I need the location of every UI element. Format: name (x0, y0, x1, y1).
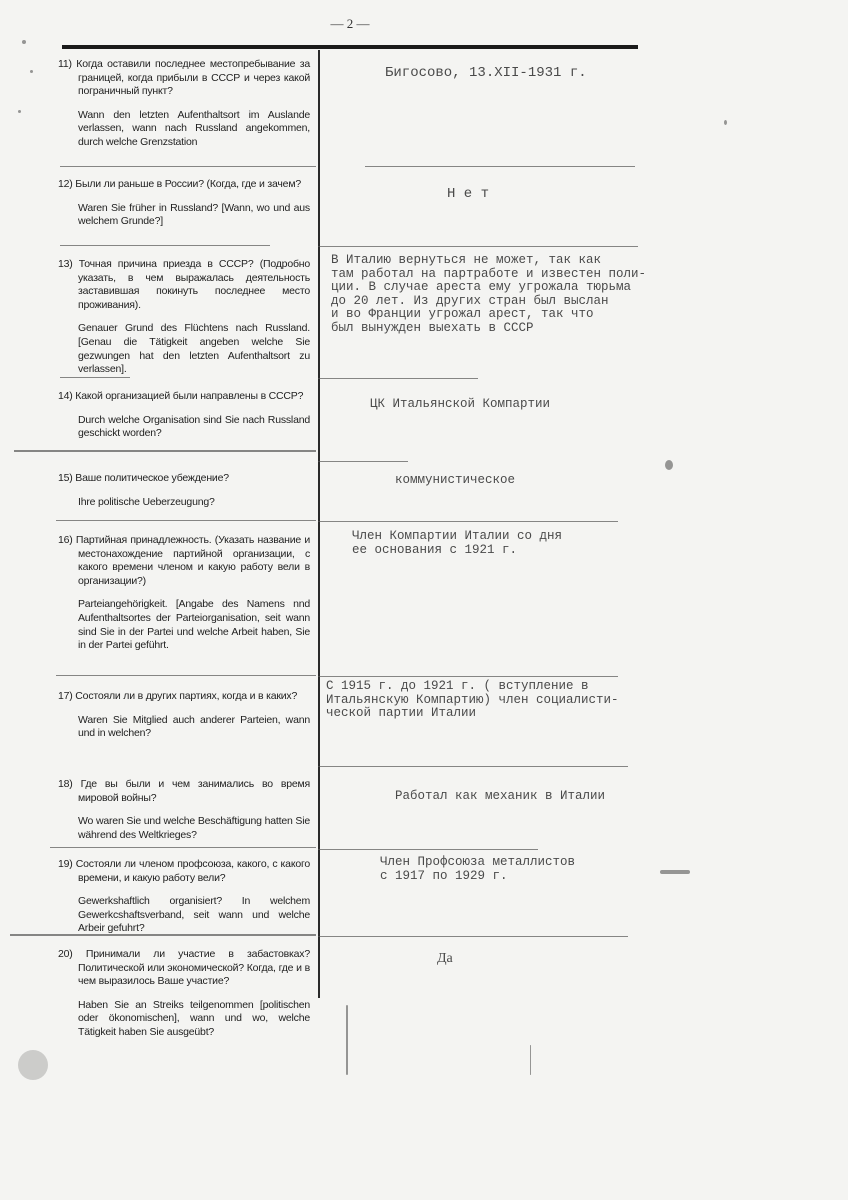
row-divider (50, 847, 316, 848)
row-divider (60, 245, 270, 246)
row-divider (365, 166, 635, 167)
question-number: 20) (58, 948, 73, 960)
scan-mark (530, 1045, 531, 1075)
question-number: 13) (58, 258, 73, 270)
question-number: 12) (58, 178, 73, 190)
question-ru: Где вы были и чем занимались во время ми… (78, 778, 310, 804)
question-de: Wo waren Sie und welche Beschäftigung ha… (58, 815, 310, 842)
scan-mark (22, 40, 26, 44)
question-18: 18) Где вы были и чем занимались во врем… (58, 778, 310, 842)
question-ru: Точная причина приезда в СССР? (Подробно… (78, 258, 310, 311)
answer-12: Н е т (447, 188, 489, 202)
question-number: 18) (58, 778, 73, 790)
answer-17: С 1915 г. до 1921 г. ( вступление в Итал… (326, 680, 619, 721)
question-14: 14) Какой организацией были направлены в… (58, 390, 310, 441)
answer-19: Член Профсоюза металлистов с 1917 по 192… (380, 856, 575, 883)
row-divider (60, 377, 130, 378)
column-divider (318, 50, 320, 998)
answer-16: Член Компартии Италии со дня ее основани… (352, 530, 562, 557)
question-de: Waren Sie früher in Russland? [Wann, wo … (58, 202, 310, 229)
question-19: 19) Состояли ли членом профсоюза, какого… (58, 858, 310, 936)
question-number: 16) (58, 534, 73, 546)
row-divider (318, 378, 478, 379)
row-divider (318, 246, 638, 247)
question-de: Genauer Grund des Flüchtens nach Russlan… (58, 322, 310, 376)
row-divider (56, 520, 316, 521)
question-13: 13) Точная причина приезда в СССР? (Подр… (58, 258, 310, 377)
answer-18: Работал как механик в Италии (395, 790, 605, 804)
question-17: 17) Состояли ли в других партиях, когда … (58, 690, 310, 741)
question-number: 17) (58, 690, 73, 702)
question-ru: Состояли ли в других партиях, когда и в … (75, 690, 297, 702)
question-ru: Когда оставили последнее местопребывание… (76, 58, 310, 97)
answer-14: ЦК Итальянской Компартии (370, 398, 550, 412)
header-rule (62, 45, 638, 49)
answer-13: В Италию вернуться не может, так как там… (331, 254, 646, 335)
row-divider (318, 521, 618, 522)
row-divider (318, 766, 628, 767)
scan-mark (346, 1005, 348, 1075)
question-number: 11) (58, 58, 72, 70)
question-ru: Принимали ли участие в забастовках? Поли… (78, 948, 310, 987)
question-ru: Состояли ли членом профсоюза, какого, с … (76, 858, 310, 884)
scan-mark (665, 460, 673, 470)
question-de: Haben Sie an Streiks teilgenommen [polit… (58, 999, 310, 1040)
answer-15: коммунистическое (395, 474, 515, 488)
row-divider (318, 936, 628, 937)
scan-mark (18, 1050, 48, 1080)
question-de: Wann den letzten Aufenthaltsort im Ausla… (58, 109, 310, 150)
answer-20: Да (437, 952, 453, 966)
question-de: Ihre politische Ueberzeugung? (58, 496, 310, 510)
question-ru: Партийная принадлежность. (Указать назва… (76, 534, 310, 587)
question-20: 20) Принимали ли участие в забастовках? … (58, 948, 310, 1040)
question-number: 14) (58, 390, 73, 402)
row-divider (60, 166, 316, 167)
scan-mark (660, 870, 690, 874)
question-de: Gewerkshaftlich organisiert? In welchem … (58, 895, 310, 936)
page-number: — 2 — (0, 16, 700, 32)
question-de: Parteiangehörigkeit. [Angabe des Namens … (58, 598, 310, 652)
question-number: 15) (58, 472, 73, 484)
question-de: Waren Sie Mitglied auch anderer Parteien… (58, 714, 310, 741)
row-divider (14, 450, 316, 452)
question-ru: Были ли раньше в России? (Когда, где и з… (75, 178, 301, 190)
question-15: 15) Ваше политическое убеждение? Ihre po… (58, 472, 310, 509)
scan-mark (30, 70, 33, 73)
row-divider (318, 849, 538, 850)
question-ru: Какой организацией были направлены в ССС… (75, 390, 303, 402)
row-divider (318, 461, 408, 462)
row-divider (10, 934, 316, 936)
question-de: Durch welche Organisation sind Sie nach … (58, 414, 310, 441)
row-divider (56, 675, 316, 676)
scan-mark (724, 120, 727, 125)
answer-11: Бигосово, 13.XII-1931 г. (385, 67, 587, 81)
question-number: 19) (58, 858, 73, 870)
scan-mark (18, 110, 21, 113)
question-12: 12) Были ли раньше в России? (Когда, где… (58, 178, 310, 229)
question-16: 16) Партийная принадлежность. (Указать н… (58, 534, 310, 653)
question-ru: Ваше политическое убеждение? (75, 472, 229, 484)
question-11: 11) Когда оставили последнее местопребыв… (58, 58, 310, 150)
row-divider (318, 676, 618, 677)
